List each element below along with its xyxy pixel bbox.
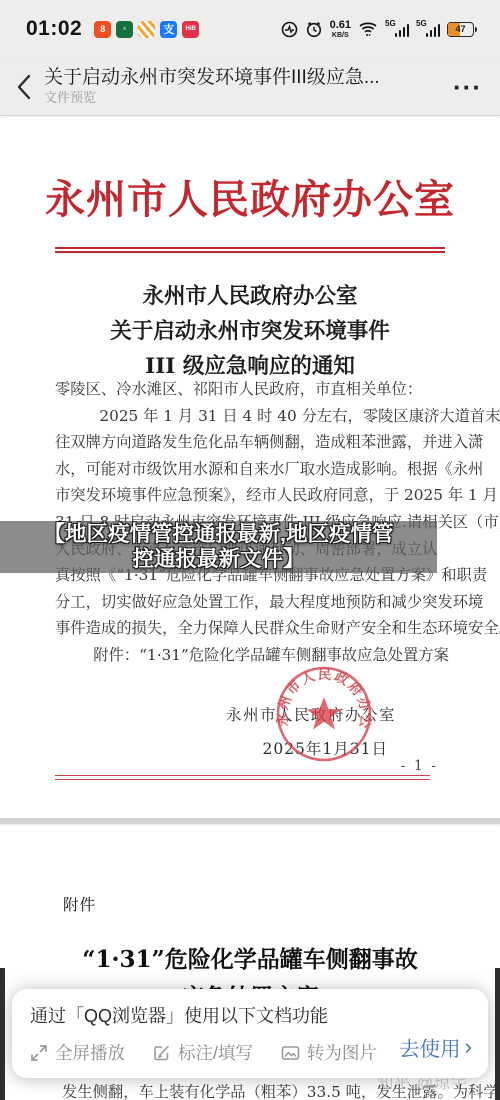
convert-to-image-label: 转为图片 (307, 1040, 377, 1065)
striped-app-icon (138, 21, 155, 38)
convert-to-image-button[interactable]: 转为图片 (281, 1040, 377, 1065)
document-body: 零陵区、冷水滩区、祁阳市人民政府，市直相关单位： 2025 年 1 月 31 日… (55, 376, 447, 642)
page-footer-rule (55, 775, 430, 780)
red-app-icon: HiB (182, 21, 199, 38)
seal-star-icon (307, 697, 342, 730)
left-edge-strip (0, 968, 5, 1100)
body-line: 事件造成的损失，全力保障人民群众生命财产安全和生态环境安全。 (55, 615, 447, 642)
fullscreen-play-button[interactable]: 全屏播放 (30, 1040, 125, 1065)
document-title-line2: 关于启动永州市突发环境事件 (0, 314, 500, 349)
back-button[interactable] (4, 65, 44, 109)
fullscreen-icon (30, 1044, 48, 1062)
green-app-icon: ≡ (116, 21, 133, 38)
go-use-button[interactable]: 去使用 › (399, 1016, 472, 1078)
notification-app-icons: 8 ≡ 支 HiB (94, 21, 199, 38)
clock-time: 01:02 (26, 17, 82, 41)
annotate-fill-label: 标注/填写 (178, 1040, 253, 1065)
seo-text-overlay: 【地区疫情管控通报最新,地区疫情管 控通报最新文件】 (0, 521, 437, 573)
annotate-fill-button[interactable]: 标注/填写 (153, 1040, 253, 1065)
alipay-app-icon: 支 (160, 21, 177, 38)
right-edge-strip (495, 968, 500, 1100)
cell-signal-2-icon: 5G (416, 20, 440, 38)
page-title: 关于启动永州市突发环境事件III级应急... (44, 67, 380, 89)
page-divider (0, 818, 500, 824)
letterhead: 永州市人民政府办公室 (0, 168, 500, 225)
attachment-label: 附件 (63, 893, 96, 915)
go-use-label: 去使用 (399, 1032, 461, 1062)
qq-browser-promo-sheet: 通过「QQ浏览器」使用以下文档功能 全屏播放 标注/填写 (12, 989, 488, 1078)
alarm-clock-icon (305, 20, 323, 38)
seo-overlay-line2: 控通报最新文件】 (132, 547, 304, 572)
wifi-icon (358, 20, 378, 38)
body-line: 分工，切实做好应急处置工作，最大程度地预防和减少突发环境 (55, 589, 447, 616)
to-image-icon (281, 1044, 300, 1062)
fullscreen-play-label: 全屏播放 (55, 1040, 125, 1065)
page-subtitle: 文件预览 (44, 91, 380, 106)
status-bar: 01:02 8 ≡ 支 HiB 0.61 KB/S 5G (0, 0, 500, 58)
body-line: 水，可能对市级饮用水源和自来水厂取水造成影响。根据《永州 (55, 456, 447, 483)
body-line: 零陵区、冷水滩区、祁阳市人民政府，市直相关单位： (55, 376, 447, 403)
body-line: 2025 年 1 月 31 日 4 时 40 分左右，零陵区康济大道首末站 (55, 403, 447, 430)
kuaishou-app-icon: 8 (94, 21, 111, 38)
page-number: - 1 - (401, 758, 438, 774)
more-menu-button[interactable]: ··· (453, 77, 482, 97)
attachment-title-line1: “1·31”危险化学品罐车侧翻事故 (0, 941, 500, 974)
chevron-right-icon: › (465, 1036, 472, 1058)
official-seal: 永州市人民政府办公室 (274, 664, 374, 764)
network-speed: 0.61 KB/S (330, 20, 351, 39)
annotate-icon (153, 1044, 171, 1062)
body-line: 往双牌方向道路发生危化品车辆侧翻，造成粗苯泄露，并进入潇 (55, 429, 447, 456)
document-title-line1: 永州市人民政府办公室 (0, 279, 500, 314)
data-saver-icon (281, 21, 298, 38)
battery-icon: 47 (447, 22, 474, 37)
letterhead-rule (55, 247, 445, 253)
promo-sheet-title: 通过「QQ浏览器」使用以下文档功能 (30, 1002, 399, 1028)
document-title: 永州市人民政府办公室 关于启动永州市突发环境事件 III 级应急响应的通知 (0, 279, 500, 384)
nav-bar: 关于启动永州市突发环境事件III级应急... 文件预览 ··· (0, 58, 500, 116)
screen: 01:02 8 ≡ 支 HiB 0.61 KB/S 5G (0, 0, 500, 1100)
cell-signal-1-icon: 5G (385, 20, 409, 38)
body-line: 市突发环境事件应急预案》，经市人民政府同意，于 2025 年 1 月 (55, 482, 447, 509)
attachment-reference-line: 附件：“1·31”危险化学品罐车侧翻事故应急处置方案 (55, 643, 447, 665)
seo-overlay-line1: 【地区疫情管控通报最新,地区疫情管 (44, 522, 394, 547)
